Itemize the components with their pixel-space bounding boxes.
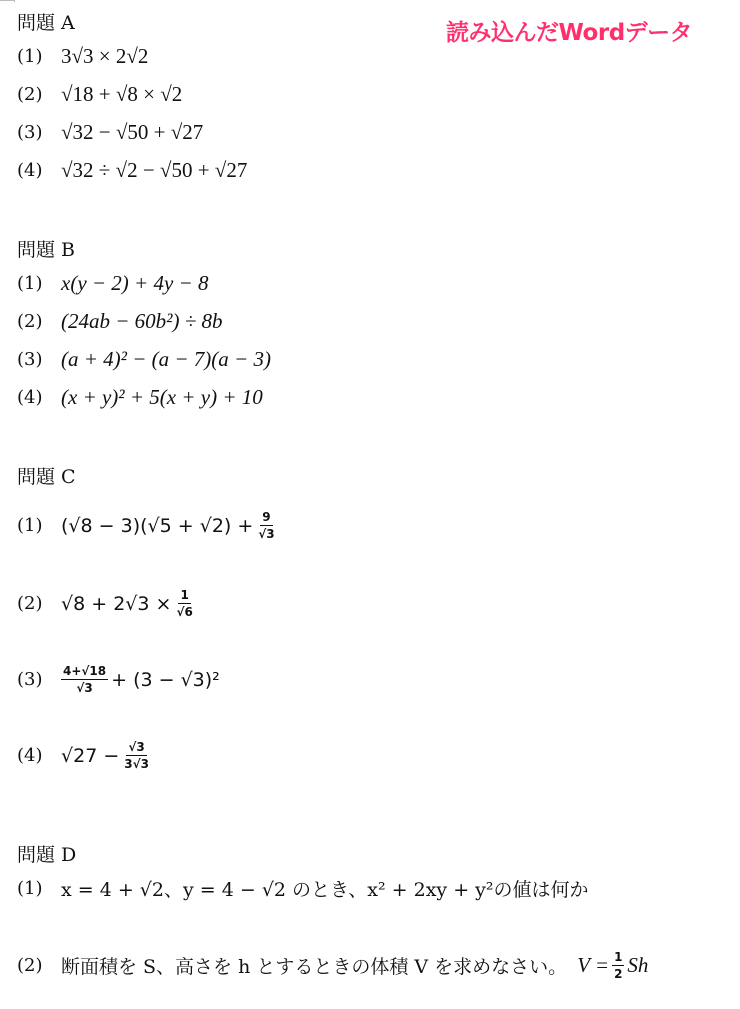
fraction-denominator: 2 xyxy=(612,966,624,981)
problem-text: x = 4 + √2、y = 4 − √2 のとき、x² + 2xy + y²の… xyxy=(61,875,589,902)
problem-a2: (2) √18 + √8 × √2 xyxy=(17,82,182,107)
problem-a4: (4) √32 ÷ √2 − √50 + √27 xyxy=(17,158,247,183)
formula-lhs: V = xyxy=(577,953,609,978)
problem-c1: (1) (√8 − 3)(√5 + √2) + 9 √3 xyxy=(17,510,280,541)
math-expression: √27 − √3 3√3 xyxy=(61,740,154,771)
problem-b4: (4) (x + y)² + 5(x + y) + 10 xyxy=(17,385,263,410)
math-expression: √32 ÷ √2 − √50 + √27 xyxy=(61,158,247,183)
math-expression: (x + y)² + 5(x + y) + 10 xyxy=(61,385,263,410)
item-number: (3) xyxy=(17,122,61,143)
math-expression: 3√3 × 2√2 xyxy=(61,44,148,69)
fraction-numerator: 1 xyxy=(612,950,624,966)
fraction: 1 √6 xyxy=(174,588,194,619)
item-number: (1) xyxy=(17,515,61,536)
fraction: 1 2 xyxy=(612,950,624,981)
problem-a3: (3) √32 − √50 + √27 xyxy=(17,120,203,145)
fraction-numerator: 4+√18 xyxy=(61,664,108,680)
problem-b2: (2) (24ab − 60b²) ÷ 8b xyxy=(17,309,222,334)
formula-rhs: Sh xyxy=(627,953,648,978)
fraction-denominator: √3 xyxy=(256,526,276,541)
math-expression: 4+√18 √3 + (3 − √3)² xyxy=(61,664,220,695)
math-expression: (√8 − 3)(√5 + √2) + 9 √3 xyxy=(61,510,280,541)
item-number: (1) xyxy=(17,878,61,899)
item-number: (4) xyxy=(17,745,61,766)
item-number: (2) xyxy=(17,311,61,332)
item-number: (2) xyxy=(17,593,61,614)
math-expression: (24ab − 60b²) ÷ 8b xyxy=(61,309,222,334)
item-number: (4) xyxy=(17,160,61,181)
section-c-title: 問題 C xyxy=(17,462,76,489)
item-number: (2) xyxy=(17,955,61,976)
math-expression: √18 + √8 × √2 xyxy=(61,82,182,107)
fraction-numerator: 1 xyxy=(178,588,190,604)
math-expression: (a + 4)² − (a − 7)(a − 3) xyxy=(61,347,271,372)
problem-c4: (4) √27 − √3 3√3 xyxy=(17,740,154,771)
item-number: (2) xyxy=(17,84,61,105)
math-expression: √32 − √50 + √27 xyxy=(61,120,203,145)
math-expression: √8 + 2√3 × 1 √6 xyxy=(61,588,198,619)
fraction: √3 3√3 xyxy=(122,740,151,771)
math-expression: x(y − 2) + 4y − 8 xyxy=(61,271,208,296)
problem-c2: (2) √8 + 2√3 × 1 √6 xyxy=(17,588,198,619)
fraction-denominator: 3√3 xyxy=(122,756,151,771)
expression-text: √27 − xyxy=(61,745,119,767)
problem-d2: (2) 断面積を S、高さを h とするときの体積 V を求めなさい。 V = … xyxy=(17,950,648,981)
problem-text: 断面積を S、高さを h とするときの体積 V を求めなさい。 xyxy=(61,952,567,979)
expression-text: (√8 − 3)(√5 + √2) + xyxy=(61,515,253,537)
problem-d1: (1) x = 4 + √2、y = 4 − √2 のとき、x² + 2xy +… xyxy=(17,875,589,902)
page-corner-mark xyxy=(0,0,15,2)
fraction-denominator: √3 xyxy=(74,680,94,695)
item-number: (3) xyxy=(17,669,61,690)
expression-tail: + (3 − √3)² xyxy=(111,669,220,691)
fraction-numerator: √3 xyxy=(126,740,146,756)
expression-text: √8 + 2√3 × xyxy=(61,593,171,615)
fraction: 4+√18 √3 xyxy=(61,664,108,695)
fraction-denominator: √6 xyxy=(174,604,194,619)
fraction: 9 √3 xyxy=(256,510,276,541)
loaded-word-data-label: 読み込んだWordデータ xyxy=(446,14,692,47)
item-number: (1) xyxy=(17,273,61,294)
fraction-numerator: 9 xyxy=(260,510,272,526)
section-d-title: 問題 D xyxy=(17,840,76,867)
section-b-title: 問題 B xyxy=(17,235,75,262)
item-number: (1) xyxy=(17,46,61,67)
item-number: (3) xyxy=(17,349,61,370)
problem-b1: (1) x(y − 2) + 4y − 8 xyxy=(17,271,208,296)
problem-c3: (3) 4+√18 √3 + (3 − √3)² xyxy=(17,664,220,695)
problem-b3: (3) (a + 4)² − (a − 7)(a − 3) xyxy=(17,347,271,372)
section-a-title: 問題 A xyxy=(17,8,75,35)
volume-formula: V = 1 2 Sh xyxy=(577,950,648,981)
problem-a1: (1) 3√3 × 2√2 xyxy=(17,44,148,69)
item-number: (4) xyxy=(17,387,61,408)
